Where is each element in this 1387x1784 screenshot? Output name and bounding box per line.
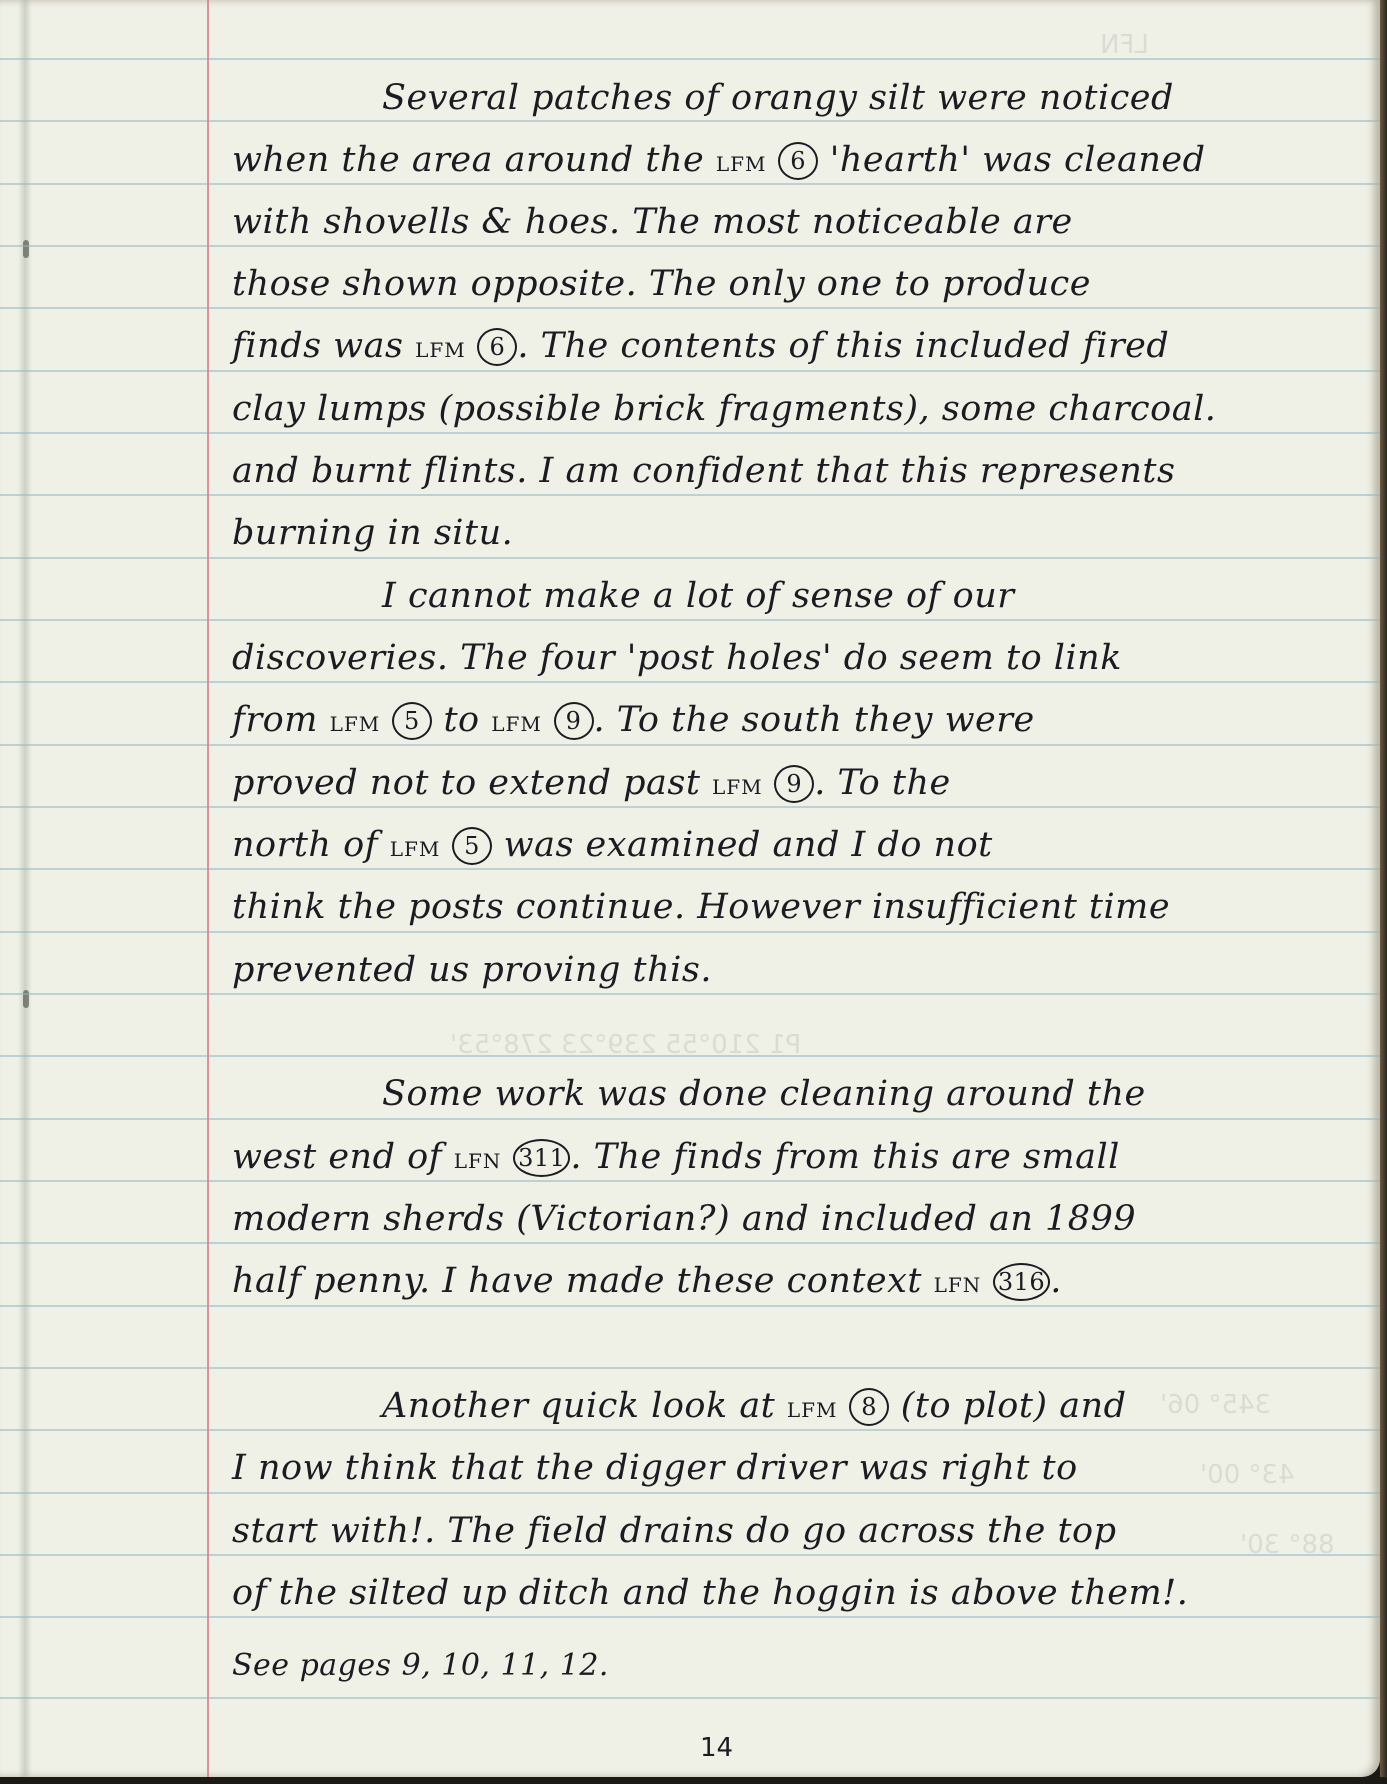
context-code: LFM xyxy=(787,1398,838,1422)
circled-context-number: 316 xyxy=(993,1263,1050,1301)
text-line: of the silted up ditch and the hoggin is… xyxy=(232,1573,1188,1613)
context-code: LFM xyxy=(390,837,441,861)
text-line: west end of LFN 311. The finds from this… xyxy=(232,1137,1120,1177)
bleed-through-text: 88° 30' xyxy=(1240,1530,1335,1560)
context-code: LFM xyxy=(330,712,381,736)
binding-staple-mark xyxy=(23,240,29,258)
text-line: when the area around the LFM 6 'hearth' … xyxy=(232,140,1206,180)
circled-context-number: 9 xyxy=(774,765,814,803)
text-line: Another quick look at LFM 8 (to plot) an… xyxy=(232,1386,1127,1426)
text-line: prevented us proving this. xyxy=(232,950,712,990)
context-code: LFM xyxy=(712,775,763,799)
context-code: LFN xyxy=(934,1273,982,1297)
circled-context-number: 5 xyxy=(452,827,492,865)
text-line: and burnt flints. I am confident that th… xyxy=(232,451,1175,491)
scan-border xyxy=(0,1777,1387,1784)
text-line: start with!. The field drains do go acro… xyxy=(232,1511,1117,1551)
text-line: north of LFM 5 was examined and I do not xyxy=(232,825,993,865)
text-line: finds was LFM 6. The contents of this in… xyxy=(232,326,1169,366)
notebook-page: LFN P1 210°55 239°23 278°53' 345° 06' 43… xyxy=(0,0,1380,1777)
text-line: half penny. I have made these context LF… xyxy=(232,1261,1062,1301)
circled-context-number: 6 xyxy=(477,328,517,366)
text-line: think the posts continue. However insuff… xyxy=(232,887,1170,927)
text-line: I now think that the digger driver was r… xyxy=(232,1448,1078,1488)
bleed-through-text: P1 210°55 239°23 278°53' xyxy=(450,1030,801,1060)
text-line: those shown opposite. The only one to pr… xyxy=(232,264,1091,304)
context-code: LFM xyxy=(491,712,542,736)
circled-context-number: 5 xyxy=(392,702,432,740)
text-line: Several patches of orangy silt were noti… xyxy=(232,78,1174,118)
circled-context-number: 6 xyxy=(778,142,818,180)
red-margin-line xyxy=(207,0,209,1777)
text-line: from LFM 5 to LFM 9. To the south they w… xyxy=(232,700,1035,740)
bleed-through-text: 43° 00' xyxy=(1200,1460,1295,1490)
context-code: LFN xyxy=(454,1149,502,1173)
text-line: with shovells & hoes. The most noticeabl… xyxy=(232,202,1073,242)
bleed-through-text: 345° 06' xyxy=(1160,1390,1271,1420)
text-line: I cannot make a lot of sense of our xyxy=(232,576,1014,616)
page-number: 14 xyxy=(700,1733,733,1763)
text-line: discoveries. The four 'post holes' do se… xyxy=(232,638,1122,678)
binding-shadow xyxy=(18,0,32,1777)
circled-context-number: 8 xyxy=(849,1388,889,1426)
text-line: modern sherds (Victorian?) and included … xyxy=(232,1199,1136,1239)
text-line: Some work was done cleaning around the xyxy=(232,1074,1146,1114)
text-line: proved not to extend past LFM 9. To the xyxy=(232,763,951,803)
circled-context-number: 311 xyxy=(513,1139,570,1177)
circled-context-number: 9 xyxy=(554,702,594,740)
text-line: clay lumps (possible brick fragments), s… xyxy=(232,389,1216,429)
context-code: LFM xyxy=(716,152,767,176)
page-reference-line: See pages 9, 10, 11, 12. xyxy=(232,1648,609,1683)
page-edge-shadow xyxy=(1380,0,1387,1784)
bleed-through-text: LFN xyxy=(1100,30,1149,60)
text-line: burning in situ. xyxy=(232,513,513,553)
context-code: LFM xyxy=(415,338,466,362)
